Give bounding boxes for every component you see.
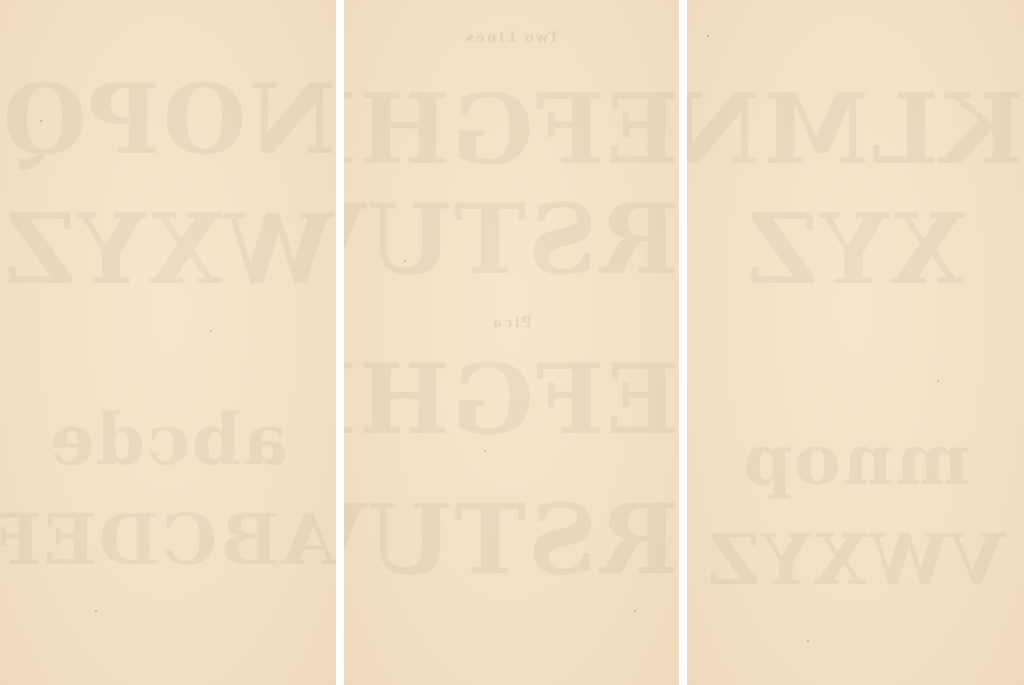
bleed-through-text: RSTUVW (344, 490, 679, 590)
paper-speck (484, 450, 486, 452)
bleed-through-text: mnop (687, 420, 1024, 500)
bleed-through-caption: Two Lines (344, 30, 679, 46)
paper-speck (807, 640, 809, 642)
bleed-through-text: NOPQRS (0, 70, 336, 170)
bleed-through-caption: Pica (344, 315, 679, 331)
paper-speck (404, 260, 406, 262)
panel-divider (336, 0, 344, 685)
bleed-through-text: EFGHIJ (344, 80, 679, 180)
paper-panel-middle: Two Lines EFGHIJ RSTUVW Pica EFGHI RSTUV… (344, 0, 679, 685)
bleed-through-text: ABCDEFG (0, 500, 336, 580)
paper-panel-left: NOPQRS WXYZ abcde ABCDEFG (0, 0, 336, 685)
bleed-through-text: abcde (0, 400, 336, 480)
paper-speck (634, 610, 636, 612)
bleed-through-text: VWXYZ (687, 520, 1024, 600)
bleed-through-text: KLMN (687, 80, 1024, 180)
paper-speck (95, 610, 97, 612)
panel-divider (679, 0, 687, 685)
paper-speck (210, 330, 212, 332)
paper-panel-right: KLMN XYZ mnop VWXYZ (687, 0, 1024, 685)
paper-speck (937, 380, 939, 382)
bleed-through-text: WXYZ (0, 200, 336, 300)
paper-speck (707, 35, 709, 37)
bleed-through-text: XYZ (687, 200, 1024, 300)
bleed-through-text: EFGHI (344, 350, 679, 450)
paper-speck (40, 120, 42, 122)
bleed-through-text: RSTUVW (344, 190, 679, 290)
